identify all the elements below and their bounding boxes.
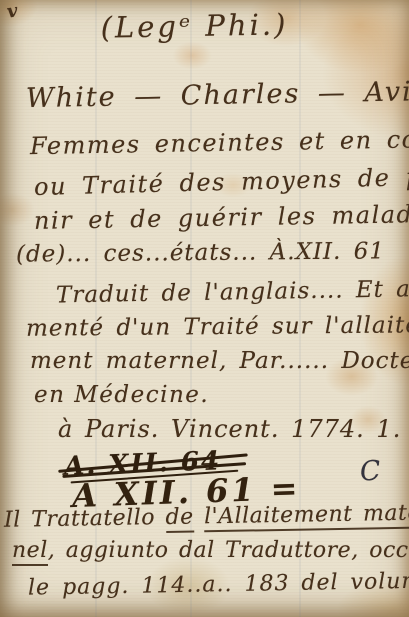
- note-text: [193, 504, 204, 529]
- imprint-line: à Paris. Vincent. 1774. 1. 12°.: [58, 415, 409, 443]
- italian-note-line-3: le pagg. 114..a.. 183 del volume: [28, 568, 409, 600]
- translation-note-line: ment maternel, Par...... Docteur: [30, 348, 409, 374]
- title-line: nir et de guérir les maladies...: [34, 199, 409, 235]
- manuscript-catalog-card: v (Legᵉ Phi.) White — Charles — Avis aux…: [0, 0, 409, 617]
- italian-note-line-1: Il Trattatello de l'Allaitement mater-: [4, 500, 409, 533]
- title-shelfmark-line: (de)... ces...états... À.XII. 61: [16, 238, 385, 267]
- translation-note-line: menté d'un Traité sur l'allaite-: [26, 312, 409, 342]
- note-text: Il Trattatello: [4, 505, 166, 533]
- translation-note-line: Traduit de l'anglais.... Et aug-: [56, 276, 409, 309]
- note-underlined-word: nel: [12, 538, 48, 566]
- classification-heading: (Legᵉ Phi.): [0, 5, 399, 46]
- marginal-letter-c: C: [359, 455, 382, 488]
- note-underlined-phrase: l'Allaitement mater-: [204, 500, 409, 532]
- title-line: Femmes enceintes et en couches,: [30, 124, 409, 160]
- author-title-line: White — Charles — Avis aux: [26, 75, 409, 114]
- title-line: ou Traité des moyens de préve-: [34, 161, 409, 201]
- note-underlined-word: de: [165, 504, 194, 532]
- note-text: , aggiunto dal Traduttore, occupa: [48, 538, 409, 563]
- italian-note-line-2: nel, aggiunto dal Traduttore, occupa: [12, 538, 409, 563]
- translation-note-line: en Médecine.: [34, 382, 209, 408]
